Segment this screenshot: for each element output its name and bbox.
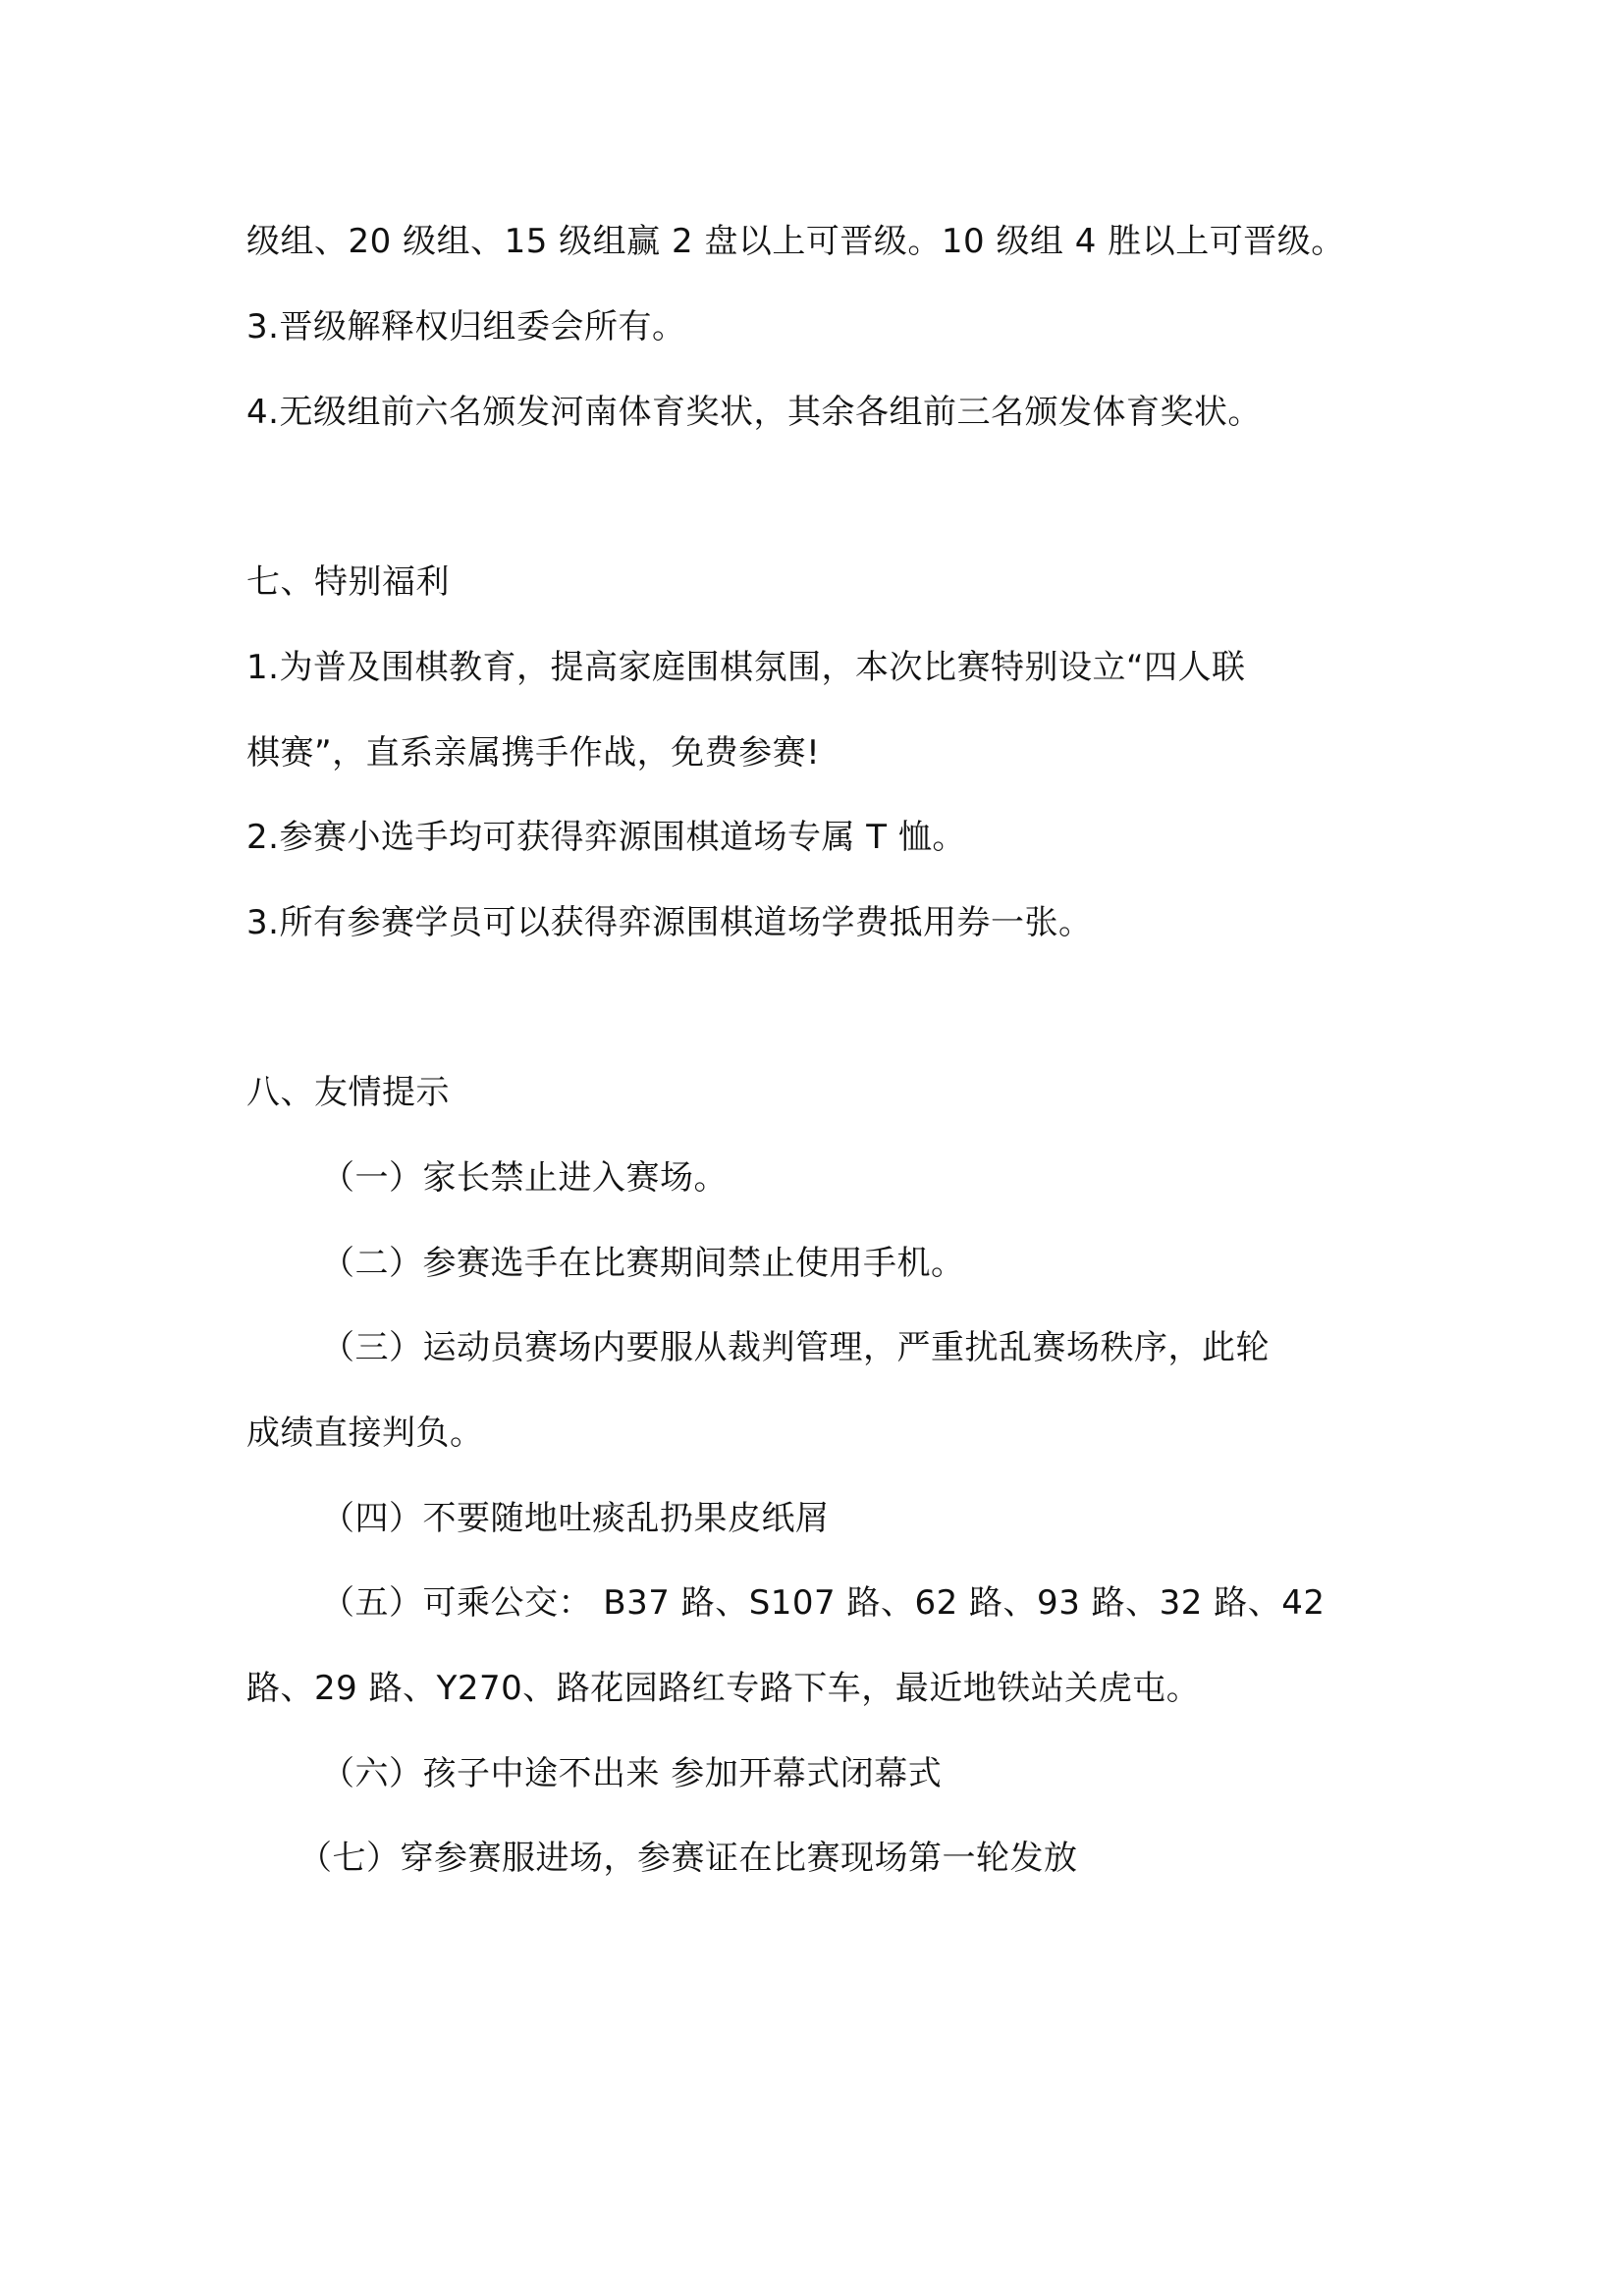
section-heading-friendly-reminders: 八、友情提示 <box>246 1073 450 1112</box>
paragraph-line: （三）运动员赛场内要服从裁判管理，严重扰乱赛场秩序，此轮 <box>321 1328 1270 1367</box>
paragraph-line: 2.参赛小选手均可获得弈源围棋道场专属 T 恤。 <box>246 818 966 857</box>
paragraph-line: （四）不要随地吐痰乱扔果皮纸屑 <box>321 1499 830 1538</box>
paragraph-line: （二）参赛选手在比赛期间禁止使用手机。 <box>321 1244 965 1283</box>
section-heading-special-benefits: 七、特别福利 <box>246 562 450 602</box>
paragraph-line: （一）家长禁止进入赛场。 <box>321 1158 728 1198</box>
paragraph-line: 3.晋级解释权归组委会所有。 <box>246 307 685 347</box>
paragraph-line: （七）穿参赛服进场，参赛证在比赛现场第一轮发放 <box>298 1839 1078 1878</box>
paragraph-line: 3.所有参赛学员可以获得弈源围棋道场学费抵用券一张。 <box>246 903 1092 942</box>
paragraph-line: 路、29 路、Y270、路花园路红专路下车，最近地铁站关虎屯。 <box>246 1669 1200 1708</box>
paragraph-line: 棋赛”，直系亲属携手作战，免费参赛! <box>246 733 820 773</box>
paragraph-line: 1.为普及围棋教育，提高家庭围棋氛围，本次比赛特别设立“四人联 <box>246 648 1246 687</box>
paragraph-line: （五）可乘公交： B37 路、S107 路、62 路、93 路、32 路、42 <box>321 1583 1325 1623</box>
paragraph-line: 级组、20 级组、15 级组赢 2 盘以上可晋级。10 级组 4 胜以上可晋级。 <box>246 222 1345 261</box>
paragraph-line: 4.无级组前六名颁发河南体育奖状，其余各组前三名颁发体育奖状。 <box>246 393 1262 432</box>
paragraph-line: （六）孩子中途不出来 参加开幕式闭幕式 <box>321 1754 942 1793</box>
paragraph-line: 成绩直接判负。 <box>246 1414 484 1453</box>
